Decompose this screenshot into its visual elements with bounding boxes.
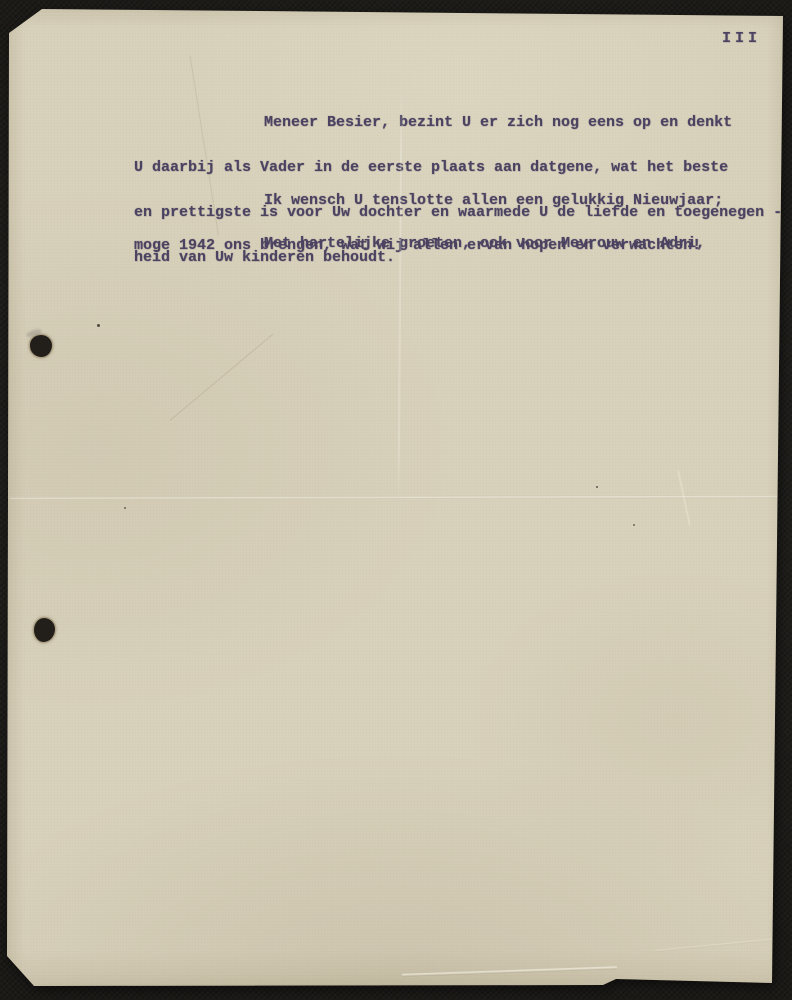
punch-hole-bottom: [34, 618, 55, 642]
letter-closing: Met hartelijke groeten, ook voor Mevrouw…: [134, 206, 705, 281]
paper-speck: [97, 324, 100, 327]
punch-hole-top: [30, 335, 52, 357]
bottom-center-fold: [402, 966, 617, 977]
horizontal-fold-crease: [10, 495, 782, 500]
paper-crease: [677, 470, 690, 525]
letter-line: Meneer Besier, bezint U er zich nog eens…: [134, 115, 782, 130]
letter-page: III Meneer Besier, bezint U er zich nog …: [0, 0, 792, 1000]
letter-line: Met hartelijke groeten, ook voor Mevrouw…: [134, 236, 705, 251]
paper-speck: [596, 486, 598, 488]
paper-scratch: [170, 333, 274, 421]
paper-shadow: III Meneer Besier, bezint U er zich nog …: [0, 0, 792, 1000]
scan-background: III Meneer Besier, bezint U er zich nog …: [0, 0, 792, 1000]
page-number: III: [722, 31, 761, 46]
paper-speck: [124, 507, 126, 509]
bottom-right-crease: [655, 938, 779, 952]
paper-speck: [633, 524, 635, 526]
